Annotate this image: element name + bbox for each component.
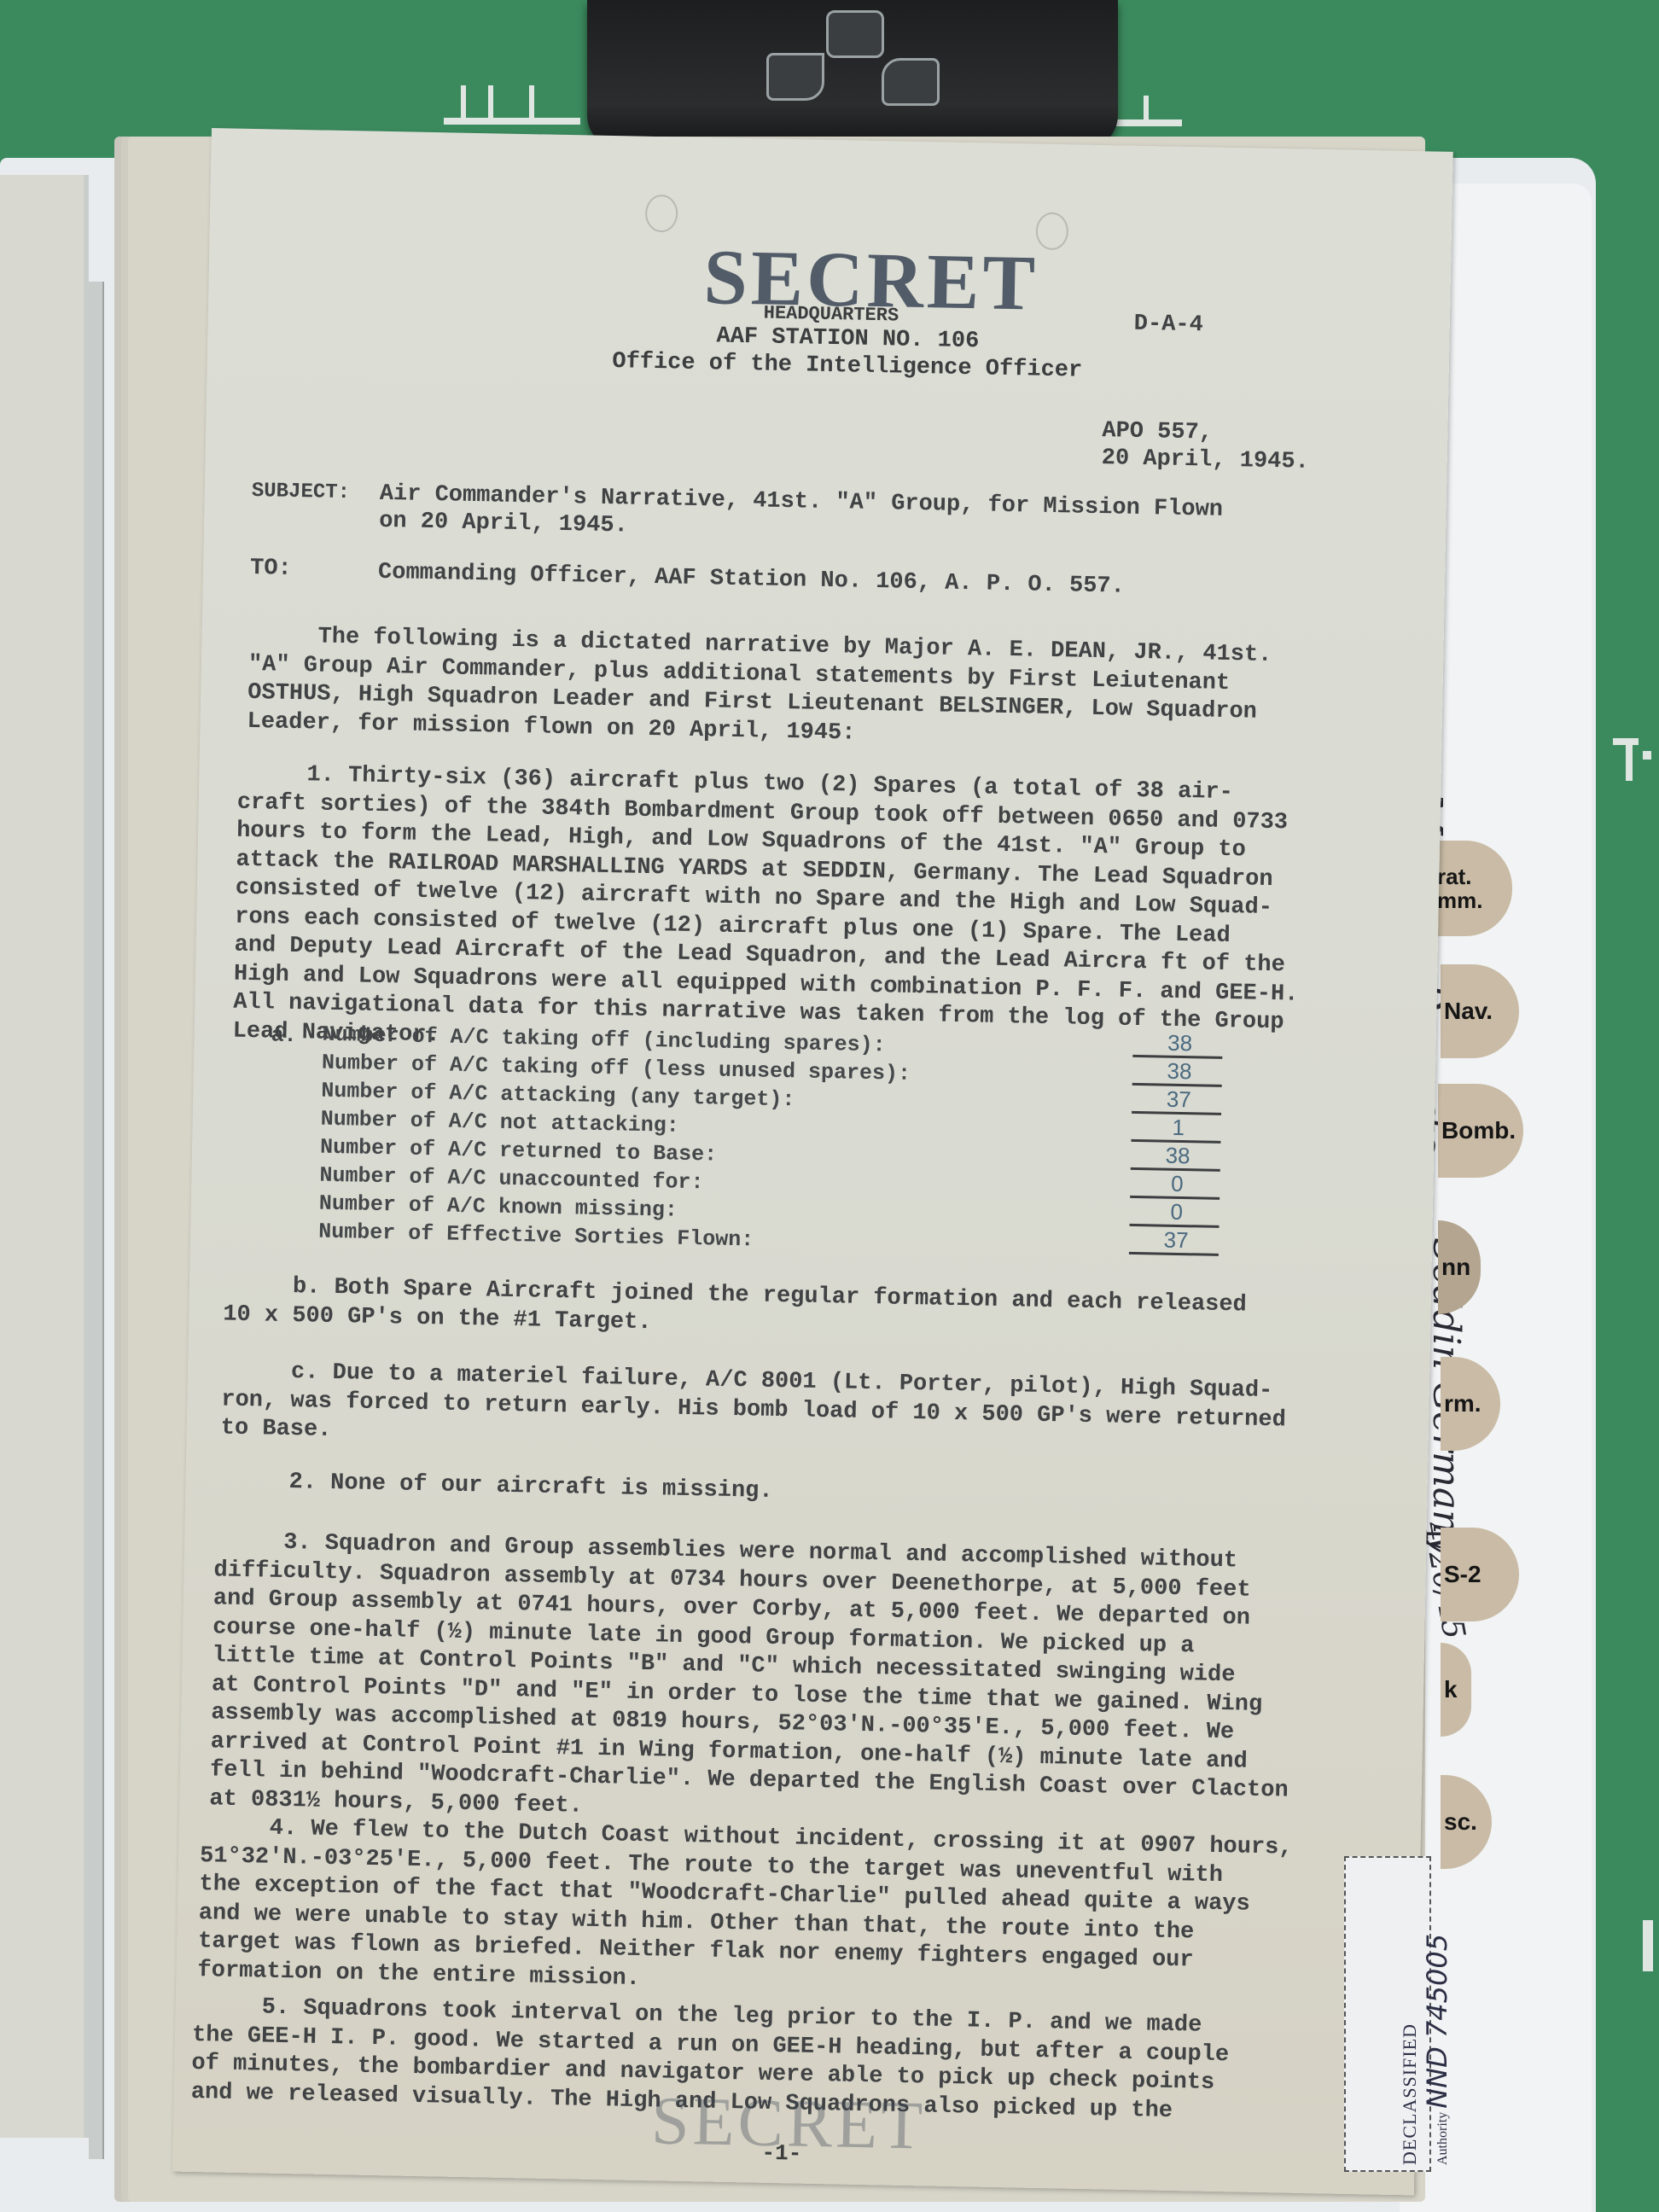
stat-value: 38 — [1141, 1029, 1219, 1057]
stat-value: 37 — [1140, 1086, 1218, 1114]
left-facing-page — [0, 175, 89, 2138]
binder-strip — [89, 282, 104, 2159]
document-date: 20 April, 1945. — [1101, 444, 1309, 477]
wall-tick — [1643, 751, 1651, 760]
declassified-stamp: DECLASSIFIED Authority NND 745005 — [1344, 1856, 1431, 2172]
wall-tick — [1626, 738, 1633, 781]
subject-line2: on 20 April, 1945. — [379, 507, 628, 541]
stat-label: Number of A/C not attacking: — [320, 1107, 679, 1138]
stats-item-label: a. — [271, 1022, 297, 1051]
device-button-left — [766, 53, 824, 101]
scanner-device — [587, 0, 1118, 149]
wall-tick — [1144, 96, 1149, 121]
paragraph-1: 1. Thirty-six (36) aircraft plus two (2)… — [232, 760, 1302, 1067]
wall-tick — [1643, 1920, 1653, 1971]
paragraph-2: 2. None of our aircraft is missing. — [219, 1466, 773, 1505]
stat-label: Number of Effective Sorties Flown: — [318, 1220, 754, 1253]
stat-underline — [1129, 1252, 1219, 1256]
stat-value: 1 — [1139, 1114, 1217, 1142]
page-number: -1- — [761, 2140, 801, 2167]
stat-value: 0 — [1138, 1198, 1216, 1226]
authority-number: NND 745005 — [1421, 1934, 1453, 2109]
paragraph-4: 4. We flew to the Dutch Coast without in… — [197, 1813, 1293, 2006]
stat-value: 38 — [1141, 1057, 1219, 1086]
typed-document-page: SECRET HEADQUARTERS AAF STATION NO. 106 … — [172, 128, 1453, 2195]
stat-value: 37 — [1138, 1226, 1215, 1254]
wall-tick — [444, 118, 580, 125]
stat-label: Number of A/C returned to Base: — [320, 1135, 718, 1167]
paragraph-1b: b. Both Spare Aircraft joined the regula… — [223, 1272, 1247, 1349]
paragraph-1c: c. Due to a materiel failure, A/C 8001 (… — [220, 1358, 1286, 1464]
declassified-label: DECLASSIFIED — [1399, 1934, 1421, 2165]
device-button-search — [882, 58, 940, 106]
stat-value: 0 — [1138, 1170, 1216, 1198]
stat-value: 38 — [1139, 1142, 1217, 1170]
punch-hole — [1035, 212, 1068, 251]
subject-label: SUBJECT: — [252, 477, 351, 508]
authority-label: Authority — [1435, 2112, 1450, 2165]
intro-paragraph: The following is a dictated narrative by… — [247, 622, 1272, 756]
to-text: Commanding Officer, AAF Station No. 106,… — [378, 558, 1125, 602]
punch-hole — [645, 195, 678, 233]
device-button-top — [826, 10, 884, 58]
to-label: TO: — [250, 554, 292, 584]
document-ref: D-A-4 — [1133, 310, 1203, 341]
stat-label: Number of A/C unaccounted for: — [319, 1163, 704, 1196]
stat-label: Number of A/C known missing: — [319, 1191, 678, 1223]
paragraph-3: 3. Squadron and Group assemblies were no… — [209, 1528, 1293, 1834]
apo-line: APO 557, — [1102, 416, 1213, 447]
